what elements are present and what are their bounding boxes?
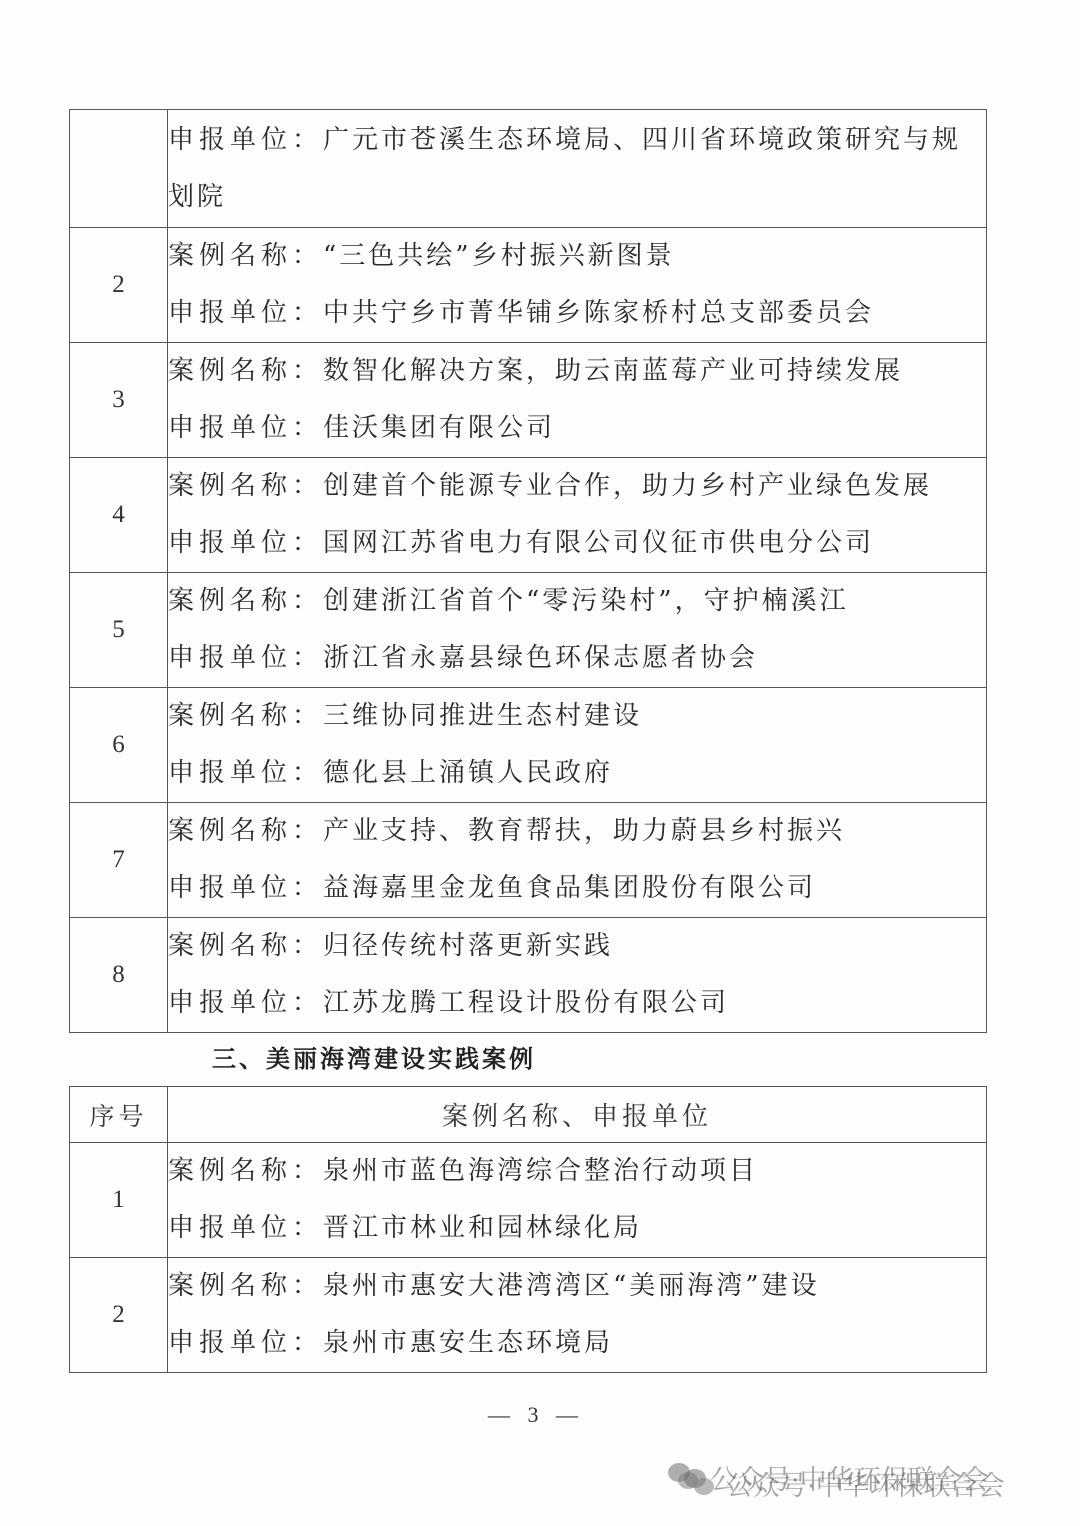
applicant-line: 申报单位：佳沃集团有限公司	[168, 400, 986, 457]
applicant-label: 申报单位：	[168, 988, 323, 1018]
table-row: 4 案例名称：创建首个能源专业合作，助力乡村产业绿色发展 申报单位：国网江苏省电…	[70, 458, 987, 573]
watermark-layer: 公众号·中华环保联合会	[684, 1464, 1005, 1503]
table-row: 1 案例名称：泉州市蓝色海湾综合整治行动项目 申报单位：晋江市林业和园林绿化局	[70, 1143, 987, 1258]
applicant-label: 申报单位：	[168, 643, 323, 673]
header-serial-number: 序号	[70, 1087, 168, 1143]
case-name-line: 案例名称：创建首个能源专业合作，助力乡村产业绿色发展	[168, 458, 986, 515]
row-number: 6	[70, 688, 168, 803]
case-name-label: 案例名称：	[168, 701, 323, 731]
applicant-label: 申报单位：	[168, 758, 323, 788]
applicant-value: 佳沃集团有限公司	[323, 413, 555, 443]
applicant-line: 申报单位：泉州市惠安生态环境局	[168, 1315, 986, 1372]
applicant-line: 申报单位：中共宁乡市菁华铺乡陈家桥村总支部委员会	[168, 285, 986, 342]
case-name-label: 案例名称：	[168, 1156, 323, 1186]
case-name-line: 案例名称：“三色共绘”乡村振兴新图景	[168, 228, 986, 285]
table-header-row: 序号 案例名称、申报单位	[70, 1087, 987, 1143]
row-number: 5	[70, 573, 168, 688]
applicant-value: 江苏龙腾工程设计股份有限公司	[323, 988, 729, 1018]
applicant-label: 申报单位：	[168, 873, 323, 903]
row-content: 申报单位：广元市苍溪生态环境局、四川省环境政策研究与规划院	[168, 110, 987, 228]
case-name-value: 泉州市惠安大港湾湾区“美丽海湾”建设	[323, 1271, 820, 1301]
row-content: 案例名称：创建浙江省首个“零污染村”，守护楠溪江 申报单位：浙江省永嘉县绿色环保…	[168, 573, 987, 688]
table-row: 6 案例名称：三维协同推进生态村建设 申报单位：德化县上涌镇人民政府	[70, 688, 987, 803]
case-name-label: 案例名称：	[168, 816, 323, 846]
case-name-value: 创建浙江省首个“零污染村”，守护楠溪江	[323, 586, 849, 616]
row-content: 案例名称：三维协同推进生态村建设 申报单位：德化县上涌镇人民政府	[168, 688, 987, 803]
case-name-value: 归径传统村落更新实践	[323, 931, 613, 961]
applicant-value: 晋江市林业和园林绿化局	[323, 1213, 642, 1243]
row-content: 案例名称：归径传统村落更新实践 申报单位：江苏龙腾工程设计股份有限公司	[168, 918, 987, 1033]
applicant-value: 益海嘉里金龙鱼食品集团股份有限公司	[323, 873, 816, 903]
case-name-label: 案例名称：	[168, 586, 323, 616]
row-content: 案例名称：数智化解决方案，助云南蓝莓产业可持续发展 申报单位：佳沃集团有限公司	[168, 343, 987, 458]
case-name-line: 案例名称：创建浙江省首个“零污染村”，守护楠溪江	[168, 573, 986, 630]
watermark-text: 公众号·中华环保联合会	[726, 1464, 1005, 1503]
row-number: 3	[70, 343, 168, 458]
cases-table-continued: 申报单位：广元市苍溪生态环境局、四川省环境政策研究与规划院 2 案例名称：“三色…	[69, 109, 987, 1033]
applicant-line: 申报单位：国网江苏省电力有限公司仪征市供电分公司	[168, 515, 986, 572]
applicant-label: 申报单位：	[168, 298, 323, 328]
section-heading: 三、美丽海湾建设实践案例	[212, 1039, 536, 1074]
case-name-label: 案例名称：	[168, 1271, 323, 1301]
case-name-label: 案例名称：	[168, 241, 323, 271]
case-name-line: 案例名称：泉州市蓝色海湾综合整治行动项目	[168, 1143, 986, 1200]
case-name-line: 案例名称：产业支持、教育帮扶，助力蔚县乡村振兴	[168, 803, 986, 860]
applicant-value: 中共宁乡市菁华铺乡陈家桥村总支部委员会	[323, 298, 874, 328]
case-name-label: 案例名称：	[168, 471, 323, 501]
case-name-label: 案例名称：	[168, 931, 323, 961]
applicant-label: 申报单位：	[168, 413, 323, 443]
table-row: 7 案例名称：产业支持、教育帮扶，助力蔚县乡村振兴 申报单位：益海嘉里金龙鱼食品…	[70, 803, 987, 918]
beautiful-bay-cases-table: 序号 案例名称、申报单位 1 案例名称：泉州市蓝色海湾综合整治行动项目 申报单位…	[69, 1086, 987, 1373]
case-name-value: 产业支持、教育帮扶，助力蔚县乡村振兴	[323, 816, 845, 846]
applicant-value: 德化县上涌镇人民政府	[323, 758, 613, 788]
row-number: 2	[70, 228, 168, 343]
case-name-label: 案例名称：	[168, 356, 323, 386]
case-name-value: 数智化解决方案，助云南蓝莓产业可持续发展	[323, 356, 903, 386]
case-name-value: 泉州市蓝色海湾综合整治行动项目	[323, 1156, 758, 1186]
applicant-line: 申报单位：晋江市林业和园林绿化局	[168, 1200, 986, 1257]
applicant-label: 申报单位：	[168, 1213, 323, 1243]
row-number: 4	[70, 458, 168, 573]
applicant-value: 泉州市惠安生态环境局	[323, 1328, 613, 1358]
row-content: 案例名称：创建首个能源专业合作，助力乡村产业绿色发展 申报单位：国网江苏省电力有…	[168, 458, 987, 573]
row-number: 2	[70, 1258, 168, 1373]
table-row: 2 案例名称：泉州市惠安大港湾湾区“美丽海湾”建设 申报单位：泉州市惠安生态环境…	[70, 1258, 987, 1373]
case-name-line: 案例名称：数智化解决方案，助云南蓝莓产业可持续发展	[168, 343, 986, 400]
row-number: 1	[70, 1143, 168, 1258]
row-number: 7	[70, 803, 168, 918]
case-name-value: 创建首个能源专业合作，助力乡村产业绿色发展	[323, 471, 932, 501]
applicant-line: 申报单位：江苏龙腾工程设计股份有限公司	[168, 975, 986, 1032]
page-number: — 3 —	[488, 1402, 584, 1428]
row-number: 8	[70, 918, 168, 1033]
applicant-line: 申报单位：德化县上涌镇人民政府	[168, 745, 986, 802]
case-name-value: “三色共绘”乡村振兴新图景	[323, 241, 675, 271]
row-content: 案例名称：泉州市惠安大港湾湾区“美丽海湾”建设 申报单位：泉州市惠安生态环境局	[168, 1258, 987, 1373]
document-page: 申报单位：广元市苍溪生态环境局、四川省环境政策研究与规划院 2 案例名称：“三色…	[0, 0, 1080, 1526]
row-content: 案例名称：泉州市蓝色海湾综合整治行动项目 申报单位：晋江市林业和园林绿化局	[168, 1143, 987, 1258]
applicant-value: 浙江省永嘉县绿色环保志愿者协会	[323, 643, 758, 673]
applicant-line: 申报单位：益海嘉里金龙鱼食品集团股份有限公司	[168, 860, 986, 917]
applicant-value: 国网江苏省电力有限公司仪征市供电分公司	[323, 528, 874, 558]
row-content: 案例名称：产业支持、教育帮扶，助力蔚县乡村振兴 申报单位：益海嘉里金龙鱼食品集团…	[168, 803, 987, 918]
table-row: 5 案例名称：创建浙江省首个“零污染村”，守护楠溪江 申报单位：浙江省永嘉县绿色…	[70, 573, 987, 688]
applicant-label: 申报单位：	[168, 125, 323, 155]
table-row: 8 案例名称：归径传统村落更新实践 申报单位：江苏龙腾工程设计股份有限公司	[70, 918, 987, 1033]
table-row: 3 案例名称：数智化解决方案，助云南蓝莓产业可持续发展 申报单位：佳沃集团有限公…	[70, 343, 987, 458]
case-name-line: 案例名称：泉州市惠安大港湾湾区“美丽海湾”建设	[168, 1258, 986, 1315]
row-number	[70, 110, 168, 228]
applicant-line: 申报单位：浙江省永嘉县绿色环保志愿者协会	[168, 630, 986, 687]
header-case-and-applicant: 案例名称、申报单位	[168, 1087, 987, 1143]
wechat-icon	[684, 1469, 718, 1499]
case-name-line: 案例名称：归径传统村落更新实践	[168, 918, 986, 975]
table-row: 2 案例名称：“三色共绘”乡村振兴新图景 申报单位：中共宁乡市菁华铺乡陈家桥村总…	[70, 228, 987, 343]
row-content: 案例名称：“三色共绘”乡村振兴新图景 申报单位：中共宁乡市菁华铺乡陈家桥村总支部…	[168, 228, 987, 343]
applicant-label: 申报单位：	[168, 528, 323, 558]
table-row: 申报单位：广元市苍溪生态环境局、四川省环境政策研究与规划院	[70, 110, 987, 228]
applicant-line: 申报单位：广元市苍溪生态环境局、四川省环境政策研究与规划院	[168, 112, 986, 226]
applicant-label: 申报单位：	[168, 1328, 323, 1358]
case-name-value: 三维协同推进生态村建设	[323, 701, 642, 731]
case-name-line: 案例名称：三维协同推进生态村建设	[168, 688, 986, 745]
